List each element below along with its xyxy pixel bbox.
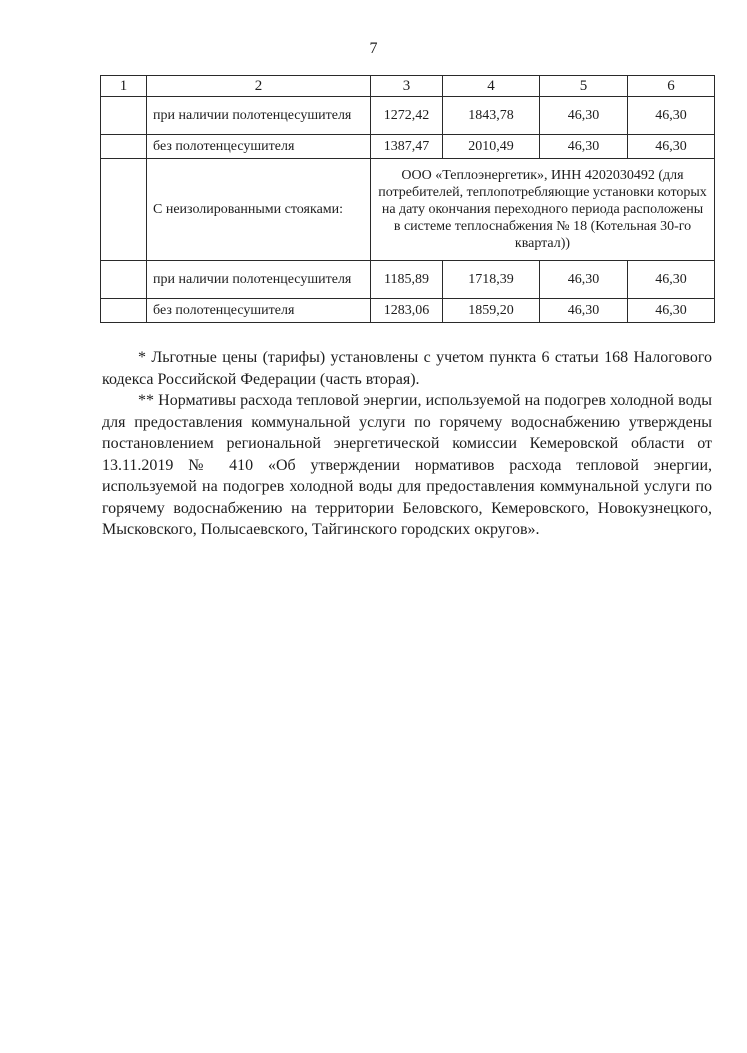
footnote-1: * Льготные цены (тарифы) установлены с у… bbox=[102, 347, 712, 390]
column-header: 1 bbox=[101, 76, 147, 97]
cell-value: 46,30 bbox=[540, 97, 628, 135]
column-header: 6 bbox=[628, 76, 715, 97]
table-header-row: 1 2 3 4 5 6 bbox=[101, 76, 715, 97]
cell-value: 1859,20 bbox=[443, 299, 540, 323]
cell-value: 1387,47 bbox=[371, 135, 443, 159]
section-label: С неизолированными стояками: bbox=[147, 159, 371, 261]
cell-num bbox=[101, 135, 147, 159]
table-row: при наличии полотенцесушителя 1272,42 18… bbox=[101, 97, 715, 135]
cell-value: 1272,42 bbox=[371, 97, 443, 135]
cell-value: 46,30 bbox=[540, 261, 628, 299]
table-row: без полотенцесушителя 1387,47 2010,49 46… bbox=[101, 135, 715, 159]
cell-num bbox=[101, 299, 147, 323]
cell-num bbox=[101, 97, 147, 135]
cell-value: 46,30 bbox=[540, 135, 628, 159]
cell-value: 46,30 bbox=[540, 299, 628, 323]
cell-value: 1843,78 bbox=[443, 97, 540, 135]
cell-value: 46,30 bbox=[628, 97, 715, 135]
footnotes: * Льготные цены (тарифы) установлены с у… bbox=[102, 347, 712, 541]
cell-label: без полотенцесушителя bbox=[147, 299, 371, 323]
tariff-table: 1 2 3 4 5 6 при наличии полотенцесушител… bbox=[100, 75, 715, 323]
column-header: 5 bbox=[540, 76, 628, 97]
cell-value: 1718,39 bbox=[443, 261, 540, 299]
table-row: при наличии полотенцесушителя 1185,89 17… bbox=[101, 261, 715, 299]
cell-label: при наличии полотенцесушителя bbox=[147, 97, 371, 135]
cell-value: 1283,06 bbox=[371, 299, 443, 323]
cell-value: 2010,49 bbox=[443, 135, 540, 159]
section-note: ООО «Теплоэнергетик», ИНН 4202030492 (дл… bbox=[371, 159, 715, 261]
cell-value: 46,30 bbox=[628, 261, 715, 299]
cell-value: 46,30 bbox=[628, 135, 715, 159]
table-row: без полотенцесушителя 1283,06 1859,20 46… bbox=[101, 299, 715, 323]
column-header: 3 bbox=[371, 76, 443, 97]
column-header: 4 bbox=[443, 76, 540, 97]
cell-value: 1185,89 bbox=[371, 261, 443, 299]
section-row: С неизолированными стояками: ООО «Теплоэ… bbox=[101, 159, 715, 261]
cell-value: 46,30 bbox=[628, 299, 715, 323]
cell-num bbox=[101, 261, 147, 299]
column-header: 2 bbox=[147, 76, 371, 97]
page-number: 7 bbox=[0, 40, 747, 58]
cell-label: без полотенцесушителя bbox=[147, 135, 371, 159]
cell-num bbox=[101, 159, 147, 261]
footnote-2: ** Нормативы расхода тепловой энергии, и… bbox=[102, 390, 712, 541]
cell-label: при наличии полотенцесушителя bbox=[147, 261, 371, 299]
